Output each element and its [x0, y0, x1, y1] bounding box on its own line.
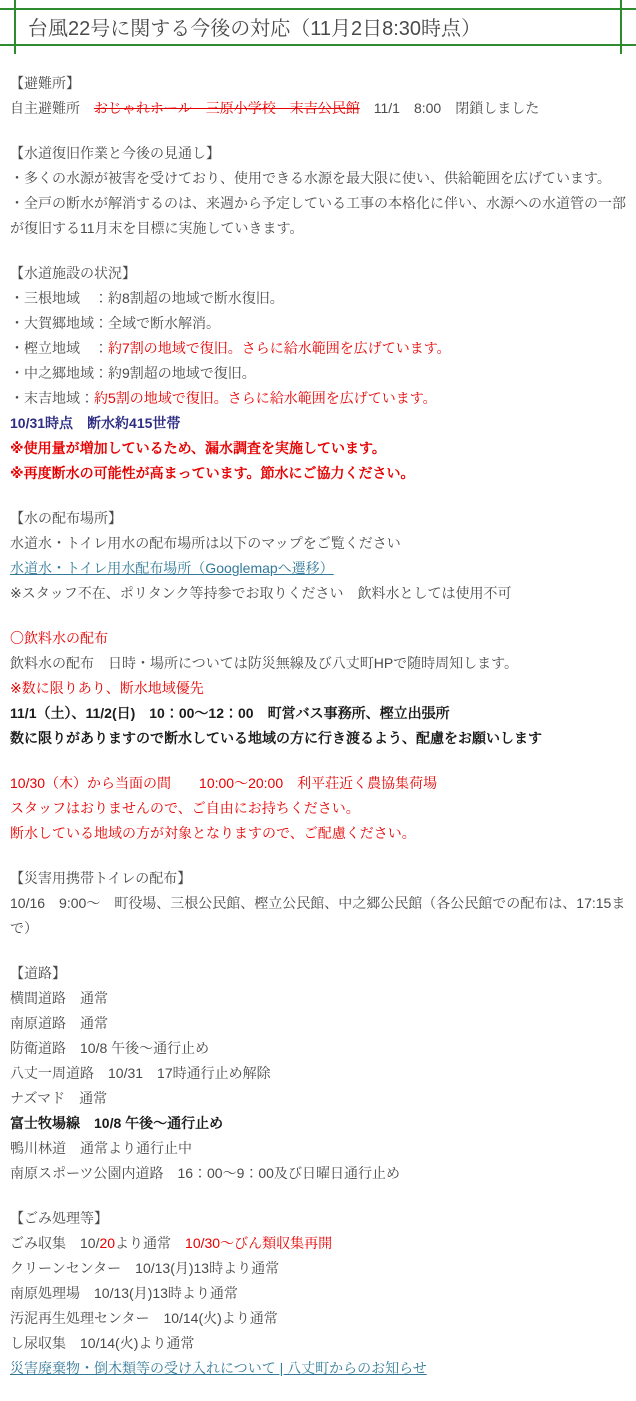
- facility-status-kashitate: ・樫立地域 ：約7割の地域で復旧。さらに給水範囲を広げています。: [10, 336, 626, 361]
- evacuation-prefix: 自主避難所: [10, 100, 94, 116]
- garbage-collection-mid: より通常: [115, 1235, 185, 1251]
- evacuation-closed-time: 11/1 8:00 閉鎖しました: [360, 100, 539, 116]
- title-border-bottom: [0, 44, 636, 46]
- garbage-clean-center: クリーンセンター 10/13(月)13時より通常: [10, 1256, 626, 1281]
- evacuation-closed-sites: おじゃれホール 三原小学校 末吉公民館: [94, 100, 360, 116]
- waste-acceptance-link-line: 災害廃棄物・倒木類等の受け入れについて | 八丈町からのお知らせ: [10, 1356, 626, 1381]
- section-header-water-outlook: 【水道復旧作業と今後の見通し】: [10, 141, 626, 166]
- section-water-facilities: 【水道施設の状況】 ・三根地域 ：約8割超の地域で断水復旧。 ・大賀郷地域：全域…: [10, 261, 626, 486]
- water-map-link-line: 水道水・トイレ用水配布場所（Googlemapへ遷移）: [10, 556, 626, 581]
- section-roads: 【道路】 横間道路 通常 南原道路 通常 防衛道路 10/8 午後～通行止め 八…: [10, 961, 626, 1186]
- leak-survey-note: ※使用量が増加しているため、漏水調査を実施しています。: [10, 436, 626, 461]
- facility-status-sueyoshi: ・末吉地域：約5割の地域で復旧。さらに給水範囲を広げています。: [10, 386, 626, 411]
- page-title-area: 台風22号に関する今後の対応（11月2日8:30時点）: [0, 0, 636, 54]
- garbage-collection-prefix: ごみ収集 10/: [10, 1235, 99, 1251]
- drinking-water-priority-note: ※数に限りあり、断水地域優先: [10, 676, 626, 701]
- garbage-sludge-center: 汚泥再生処理センター 10/14(火)より通常: [10, 1306, 626, 1331]
- road-status-kamogawa: 鴨川林道 通常より通行止中: [10, 1136, 626, 1161]
- garbage-nanbara-plant: 南原処理場 10/13(月)13時より通常: [10, 1281, 626, 1306]
- drinking-water-schedule: 11/1（土）、11/2(日) 10：00～12：00 町営バス事務所、樫立出張…: [10, 701, 626, 726]
- facility-status-mitsune: ・三根地域 ：約8割超の地域で断水復旧。: [10, 286, 626, 311]
- garbage-bottle-restart-note: 10/30～びん類収集再開: [185, 1235, 332, 1251]
- road-status-nazumado: ナズマド 通常: [10, 1086, 626, 1111]
- water-distribution-note: ※スタッフ不在、ポリタンク等持参でお取りください 飲料水としては使用不可: [10, 581, 626, 606]
- facility-status-nakanogo: ・中之郷地域：約9割超の地域で復旧。: [10, 361, 626, 386]
- toilet-distribution-info: 10/16 9:00～ 町役場、三根公民館、樫立公民館、中之郷公民館（各公民館で…: [10, 891, 626, 941]
- section-selfserve-water: 10/30（木）から当面の間 10:00～20:00 利平荘近く農協集荷場 スタ…: [10, 771, 626, 846]
- section-header-evacuation: 【避難所】: [10, 71, 626, 96]
- section-water-outlook: 【水道復旧作業と今後の見通し】 ・多くの水源が被害を受けており、使用できる水源を…: [10, 141, 626, 241]
- sueyoshi-label: ・末吉地域：: [10, 390, 94, 406]
- title-border-left: [14, 0, 16, 54]
- section-header-water-distribution: 【水の配布場所】: [10, 506, 626, 531]
- section-header-garbage: 【ごみ処理等】: [10, 1206, 626, 1231]
- section-garbage: 【ごみ処理等】 ごみ収集 10/20より通常 10/30～びん類収集再開 クリー…: [10, 1206, 626, 1381]
- road-status-isshu: 八丈一周道路 10/31 17時通行止め解除: [10, 1061, 626, 1086]
- garbage-night-soil: し尿収集 10/14(火)より通常: [10, 1331, 626, 1356]
- section-emergency-toilet: 【災害用携帯トイレの配布】 10/16 9:00～ 町役場、三根公民館、樫立公民…: [10, 866, 626, 941]
- road-status-boei: 防衛道路 10/8 午後～通行止め: [10, 1036, 626, 1061]
- selfserve-schedule: 10/30（木）から当面の間 10:00～20:00 利平荘近く農協集荷場: [10, 771, 626, 796]
- road-status-nanbara-sports-park: 南原スポーツ公園内道路 16：00～9：00及び日曜日通行止め: [10, 1161, 626, 1186]
- evacuation-status-line: 自主避難所 おじゃれホール 三原小学校 末吉公民館 11/1 8:00 閉鎖しま…: [10, 96, 626, 121]
- road-status-fuji-bokujo: 富士牧場線 10/8 午後～通行止め: [10, 1111, 626, 1136]
- section-header-water-facilities: 【水道施設の状況】: [10, 261, 626, 286]
- road-status-yokoma: 横間道路 通常: [10, 986, 626, 1011]
- facility-status-okago: ・大賀郷地域：全域で断水解消。: [10, 311, 626, 336]
- title-border-top: [0, 8, 636, 10]
- garbage-collection-red-date: 20: [99, 1235, 115, 1251]
- waste-acceptance-link[interactable]: 災害廃棄物・倒木類等の受け入れについて | 八丈町からのお知らせ: [10, 1360, 427, 1376]
- selfserve-target-note: 断水している地域の方が対象となりますので、ご配慮ください。: [10, 821, 626, 846]
- outage-count-asof: 10/31時点 断水約415世帯: [10, 411, 626, 436]
- drinking-water-info: 飲料水の配布 日時・場所については防災無線及び八丈町HPで随時周知します。: [10, 651, 626, 676]
- kashitate-label: ・樫立地域 ：: [10, 340, 108, 356]
- outlook-line-2: ・全戸の断水が解消するのは、来週から予定している工事の本格化に伴い、水源への水道…: [10, 191, 626, 241]
- typhoon-notice-document: 台風22号に関する今後の対応（11月2日8:30時点） 【避難所】 自主避難所 …: [0, 0, 636, 1401]
- section-drinking-water: 〇飲料水の配布 飲料水の配布 日時・場所については防災無線及び八丈町HPで随時周…: [10, 626, 626, 751]
- section-header-drinking-water: 〇飲料水の配布: [10, 626, 626, 651]
- page-title: 台風22号に関する今後の対応（11月2日8:30時点）: [28, 12, 481, 41]
- road-status-nanbara: 南原道路 通常: [10, 1011, 626, 1036]
- save-water-note: ※再度断水の可能性が高まっています。節水にご協力ください。: [10, 461, 626, 486]
- sueyoshi-status: 約5割の地域で復旧。さらに給水範囲を広げています。: [94, 390, 437, 406]
- section-water-distribution: 【水の配布場所】 水道水・トイレ用水の配布場所は以下のマップをご覧ください 水道…: [10, 506, 626, 606]
- selfserve-no-staff-note: スタッフはおりませんので、ご自由にお持ちください。: [10, 796, 626, 821]
- kashitate-status: 約7割の地域で復旧。さらに給水範囲を広げています。: [108, 340, 451, 356]
- section-header-roads: 【道路】: [10, 961, 626, 986]
- notice-body: 【避難所】 自主避難所 おじゃれホール 三原小学校 末吉公民館 11/1 8:0…: [0, 71, 636, 1381]
- garbage-collection-line: ごみ収集 10/20より通常 10/30～びん類収集再開: [10, 1231, 626, 1256]
- section-evacuation: 【避難所】 自主避難所 おじゃれホール 三原小学校 末吉公民館 11/1 8:0…: [10, 71, 626, 121]
- section-header-emergency-toilet: 【災害用携帯トイレの配布】: [10, 866, 626, 891]
- title-border-right: [620, 0, 622, 54]
- outlook-line-1: ・多くの水源が被害を受けており、使用できる水源を最大限に使い、供給範囲を広げてい…: [10, 166, 626, 191]
- googlemap-link[interactable]: 水道水・トイレ用水配布場所（Googlemapへ遷移）: [10, 560, 334, 576]
- drinking-water-request: 数に限りがありますので断水している地域の方に行き渡るよう、配慮をお願いします: [10, 726, 626, 751]
- water-distribution-intro: 水道水・トイレ用水の配布場所は以下のマップをご覧ください: [10, 531, 626, 556]
